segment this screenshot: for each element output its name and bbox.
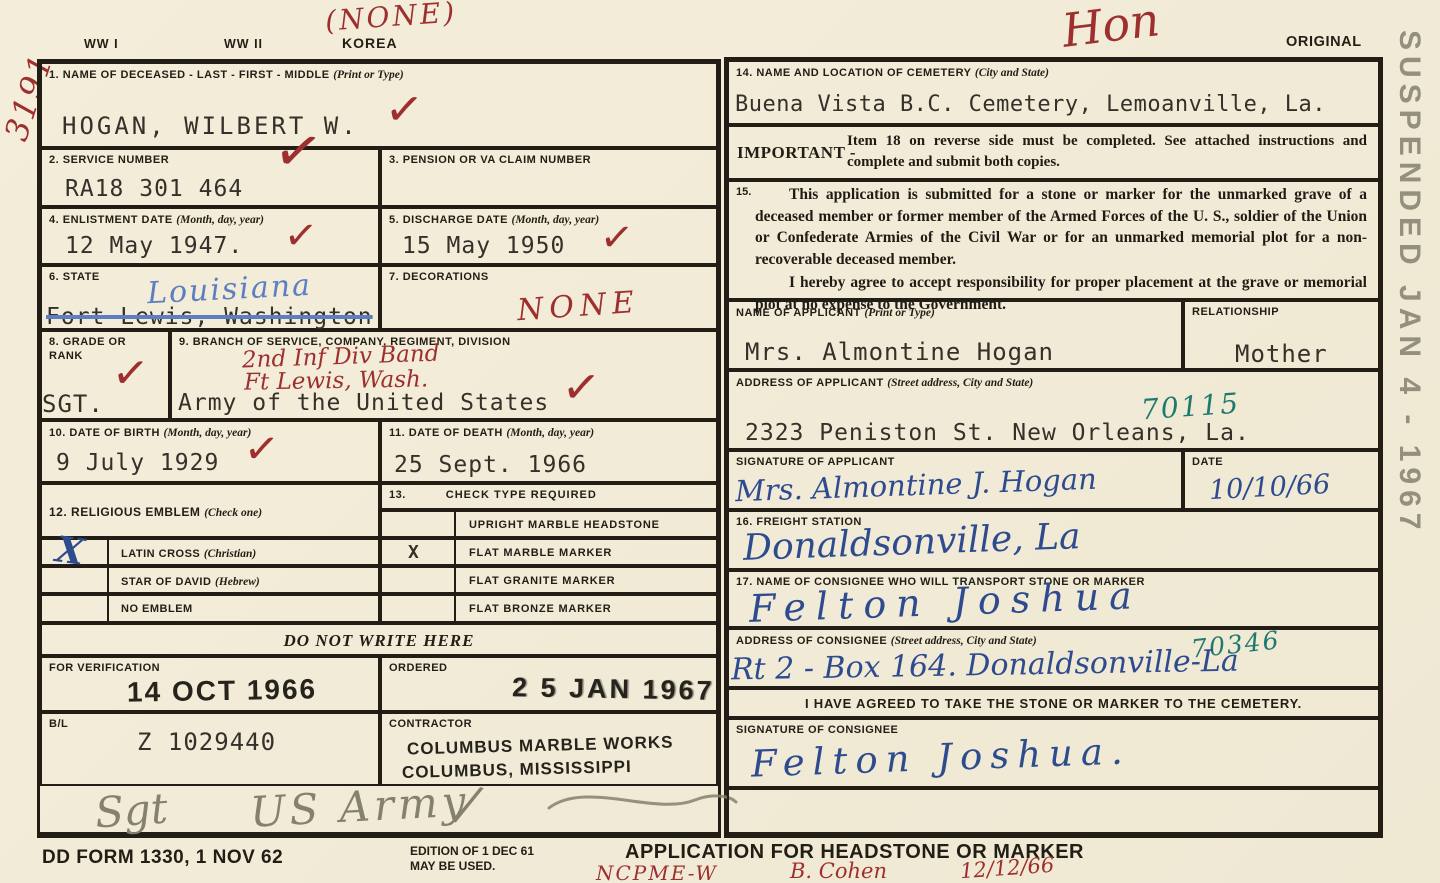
- option-label: FLAT BRONZE MARKER: [469, 603, 612, 615]
- suspended-stamp: SUSPENDED JAN 4 - 1967: [1392, 30, 1426, 460]
- field-discharge-date: 5. DISCHARGE DATE (Month, day, year) 15 …: [380, 207, 718, 265]
- field-for-verification: FOR VERIFICATION 14 OCT 1966: [40, 656, 380, 712]
- option-label: FLAT MARBLE MARKER: [469, 547, 612, 559]
- date-stamp: 14 OCT 1966: [127, 673, 318, 708]
- certification-statement: 15. This application is submitted for a …: [727, 180, 1380, 300]
- typed-x-mark: X: [408, 542, 420, 563]
- field-applicant-name: NAME OF APPLICANT (Print or Type) Mrs. A…: [727, 300, 1183, 370]
- type-option-upright-marble: UPRIGHT MARBLE HEADSTONE: [380, 510, 718, 538]
- red-examiner-name: B. Cohen: [790, 859, 887, 883]
- field-decorations: 7. DECORATIONS NONE: [380, 265, 718, 330]
- do-not-write-text: DO NOT WRITE HERE: [42, 625, 716, 651]
- field-signature-date: DATE 10/10/66: [1183, 450, 1380, 510]
- field-number: 15.: [736, 186, 751, 198]
- field-enlistment-date: 4. ENLISTMENT DATE (Month, day, year) 12…: [40, 207, 380, 265]
- handwritten-consignee-signature: Felton Joshua.: [750, 729, 1131, 785]
- field-contractor: CONTRACTOR COLUMBUS MARBLE WORKS COLUMBU…: [380, 712, 718, 786]
- field-label-hint: (Print or Type): [864, 307, 934, 319]
- checkbox-cell: [382, 568, 456, 592]
- important-notice: IMPORTANT - Item 18 on reverse side must…: [727, 125, 1380, 180]
- field-label: 3. PENSION OR VA CLAIM NUMBER: [382, 150, 716, 168]
- typed-value: Z 1029440: [137, 728, 276, 756]
- checkmark-icon: ✓: [560, 362, 603, 412]
- checkmark-icon: ✓: [110, 350, 151, 398]
- typed-value: Mother: [1235, 340, 1328, 368]
- option-label: STAR OF DAVID: [121, 576, 211, 588]
- handwritten-none-annotation: (NONE): [324, 0, 458, 38]
- checkmark-icon: ✓: [282, 214, 320, 257]
- type-option-flat-granite: FLAT GRANITE MARKER: [380, 566, 718, 594]
- war-label-ww2: WW II: [224, 37, 263, 51]
- field-applicant-address: ADDRESS OF APPLICANT (Street address, Ci…: [727, 370, 1380, 450]
- handwritten-decorations-value: NONE: [516, 285, 641, 328]
- agreement-text: I HAVE AGREED TO TAKE THE STONE OR MARKE…: [729, 690, 1378, 711]
- field-label: 2. SERVICE NUMBER: [42, 150, 378, 168]
- field-bill-of-lading: B/L Z 1029440: [40, 712, 380, 786]
- checkbox-cell: [42, 568, 109, 592]
- pencil-flourish-stroke: [545, 786, 740, 820]
- typed-value: 25 Sept. 1966: [394, 452, 587, 478]
- pencil-note-grade: Sgt: [93, 784, 169, 838]
- field-label-hint: (Month, day, year): [506, 427, 594, 439]
- field-relationship: RELATIONSHIP Mother: [1183, 300, 1380, 370]
- field-religious-emblem-header: 12. RELIGIOUS EMBLEM (Check one): [40, 483, 380, 538]
- typed-value: 2323 Peniston St. New Orleans, La.: [745, 420, 1250, 446]
- checkmark-icon: ✓: [598, 216, 636, 259]
- field-consignee-address: ADDRESS OF CONSIGNEE (Street address, Ci…: [727, 628, 1380, 688]
- field-label: RELIGIOUS EMBLEM: [71, 505, 200, 519]
- field-label-hint: (Print or Type): [333, 69, 403, 81]
- emblem-option-no-emblem: NO EMBLEM: [40, 594, 380, 623]
- field-number: 13.: [389, 489, 406, 503]
- field-name-of-deceased: 1. NAME OF DECEASED - LAST - FIRST - MID…: [40, 62, 718, 148]
- edition-note-line1: EDITION OF 1 DEC 61: [410, 844, 534, 858]
- field-state: 6. STATE Louisiana Fort Lewis, Washingto…: [40, 265, 380, 330]
- type-option-flat-marble: X FLAT MARBLE MARKER: [380, 538, 718, 566]
- field-label-hint: (City and State): [975, 67, 1049, 79]
- option-label: NO EMBLEM: [121, 603, 193, 615]
- checkmark-icon: ✓: [383, 84, 426, 134]
- field-label-hint: (Month, day, year): [164, 427, 252, 439]
- typed-value-struck: Fort Lewis, Washington: [46, 304, 373, 330]
- field-applicant-signature: SIGNATURE OF APPLICANT Mrs. Almontine J.…: [727, 450, 1183, 510]
- empty-bottom-row: [727, 788, 1380, 834]
- field-label-hint: (Street address, City and State): [891, 635, 1037, 647]
- field-check-type-header: 13. CHECK TYPE REQUIRED: [380, 483, 718, 510]
- field-label-hint: (Check one): [204, 507, 262, 519]
- field-label-hint: (Month, day, year): [511, 214, 599, 226]
- typed-value: Mrs. Almontine Hogan: [745, 338, 1054, 366]
- emblem-option-star-of-david: STAR OF DAVID (Hebrew): [40, 566, 380, 594]
- field-label: FOR VERIFICATION: [42, 658, 378, 676]
- consignee-agreement-band: I HAVE AGREED TO TAKE THE STONE OR MARKE…: [727, 688, 1380, 718]
- checkmark-icon: ✓: [269, 118, 327, 184]
- option-hint: (Hebrew): [215, 576, 260, 588]
- emblem-option-latin-cross: X LATIN CROSS (Christian): [40, 538, 380, 566]
- field-service-number: 2. SERVICE NUMBER RA18 301 464: [40, 148, 380, 207]
- field-label: ADDRESS OF CONSIGNEE: [736, 635, 887, 647]
- field-label: CONTRACTOR: [382, 714, 716, 732]
- field-label: RELATIONSHIP: [1185, 302, 1378, 320]
- handwritten-date: 10/10/66: [1208, 469, 1331, 506]
- handwritten-consignee-address: Rt 2 - Box 164. Donaldsonville-La: [731, 644, 1239, 688]
- date-stamp: 2 5 JAN 1967: [512, 672, 715, 707]
- typed-value: 15 May 1950: [402, 233, 565, 259]
- field-label: 14. NAME AND LOCATION OF CEMETERY: [736, 67, 971, 79]
- checkbox-cell: [42, 596, 109, 621]
- field-label: 1. NAME OF DECEASED - LAST - FIRST - MID…: [49, 69, 330, 81]
- contractor-stamp-line1: COLUMBUS MARBLE WORKS: [407, 733, 674, 760]
- important-text: Item 18 on reverse side must be complete…: [847, 131, 1367, 173]
- field-branch-of-service: 9. BRANCH OF SERVICE, COMPANY, REGIMENT,…: [170, 330, 718, 420]
- field-label-hint: (Street address, City and State): [887, 377, 1033, 389]
- field-ordered: ORDERED 2 5 JAN 1967: [380, 656, 718, 712]
- typed-value: 9 July 1929: [56, 450, 219, 476]
- checkmark-icon: ✓: [242, 426, 281, 471]
- scanned-form-page: (NONE) WW I WW II KOREA Hon ORIGINAL 319…: [0, 0, 1440, 883]
- field-grade-rank: 8. GRADE OR RANK SGT.: [40, 330, 170, 420]
- field-consignee-name: 17. NAME OF CONSIGNEE WHO WILL TRANSPORT…: [727, 570, 1380, 628]
- red-routing-code: NCPME-W: [596, 861, 718, 883]
- type-option-flat-bronze: FLAT BRONZE MARKER: [380, 594, 718, 623]
- field-label: 11. DATE OF DEATH: [389, 427, 503, 439]
- do-not-write-band: DO NOT WRITE HERE: [40, 623, 718, 656]
- field-label: ADDRESS OF APPLICANT: [736, 377, 884, 389]
- form-number: DD FORM 1330, 1 NOV 62: [42, 847, 283, 869]
- field-label: CHECK TYPE REQUIRED: [446, 489, 597, 503]
- option-label: LATIN CROSS: [121, 548, 200, 560]
- checkbox-cell: [382, 596, 456, 621]
- red-review-date: 12/12/66: [959, 853, 1055, 883]
- field-consignee-signature: SIGNATURE OF CONSIGNEE Felton Joshua.: [727, 718, 1380, 788]
- typed-value: Buena Vista B.C. Cemetery, Lemoanville, …: [735, 92, 1326, 117]
- field-pension-number: 3. PENSION OR VA CLAIM NUMBER: [380, 148, 718, 207]
- typed-value: RA18 301 464: [65, 176, 243, 202]
- original-copy-label: ORIGINAL: [1286, 34, 1362, 50]
- edition-note-line2: MAY BE USED.: [410, 859, 495, 873]
- option-hint: (Christian): [204, 548, 256, 560]
- field-label: 10. DATE OF BIRTH: [49, 427, 160, 439]
- field-label-hint: (Month, day, year): [176, 214, 264, 226]
- typed-value: SGT.: [42, 390, 104, 418]
- typed-value: 12 May 1947.: [65, 233, 243, 259]
- field-date-of-death: 11. DATE OF DEATH (Month, day, year) 25 …: [380, 420, 718, 483]
- war-label-korea: KOREA: [342, 35, 398, 51]
- field-freight-station: 16. FREIGHT STATION Donaldsonville, La: [727, 510, 1380, 570]
- important-label: IMPORTANT -: [737, 143, 856, 163]
- typed-value: Army of the United States: [178, 390, 549, 416]
- option-label: UPRIGHT MARBLE HEADSTONE: [469, 519, 660, 531]
- field-label: 4. ENLISTMENT DATE: [49, 214, 173, 226]
- field-label: NAME OF APPLICANT: [736, 307, 861, 319]
- field-date-of-birth: 10. DATE OF BIRTH (Month, day, year) 9 J…: [40, 420, 380, 483]
- field-number: 12.: [49, 505, 67, 519]
- handwritten-hon-annotation: Hon: [1059, 0, 1162, 58]
- field-label: 5. DISCHARGE DATE: [389, 214, 508, 226]
- option-label: FLAT GRANITE MARKER: [469, 575, 615, 587]
- certification-paragraph-1: This application is submitted for a ston…: [755, 184, 1367, 271]
- war-label-ww1: WW I: [84, 37, 119, 51]
- field-label: DATE: [1185, 452, 1378, 470]
- checkbox-cell: [382, 512, 456, 536]
- field-cemetery: 14. NAME AND LOCATION OF CEMETERY (City …: [727, 60, 1380, 125]
- field-label: 7. DECORATIONS: [382, 267, 716, 285]
